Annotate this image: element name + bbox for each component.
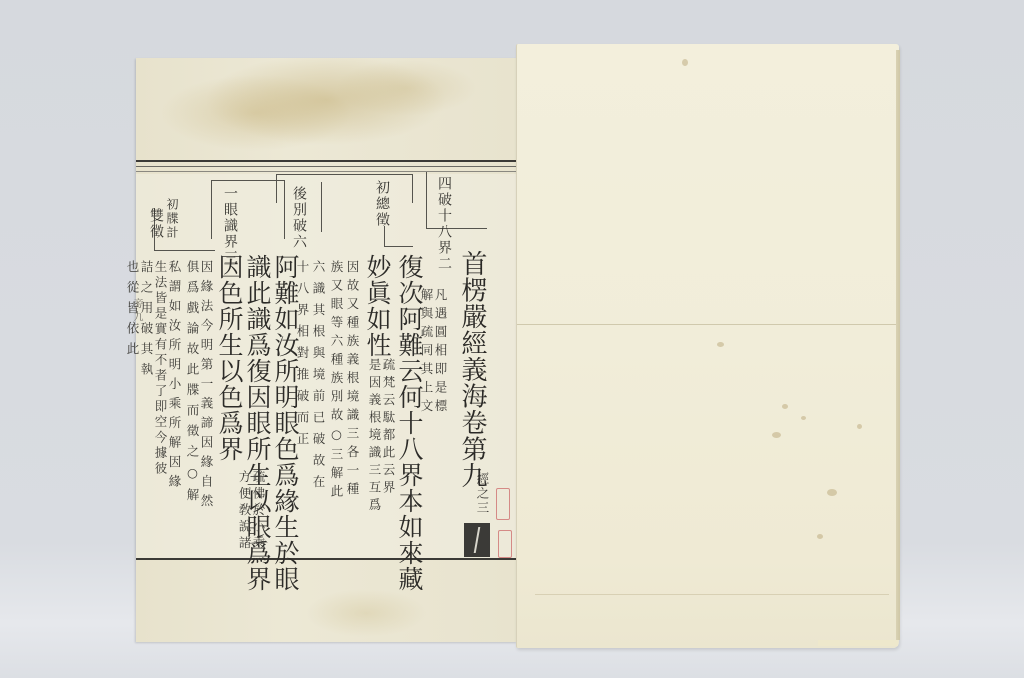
text-column: 是因義根境識三互爲 (368, 358, 381, 516)
black-seal-block (464, 523, 490, 557)
foxing-spot (717, 342, 724, 347)
frame-top-rule-inner (136, 166, 516, 167)
red-seal-stamp (498, 530, 512, 558)
text-column: 疏梵云駄都此云界 (382, 358, 395, 498)
text-column: 六識其根與境前已破故在 (312, 260, 325, 497)
diagram-node: 初總徵 (374, 180, 389, 228)
foxing-spot (682, 59, 688, 66)
text-column: 生法皆是實有不者了即空今據彼 (154, 260, 167, 477)
title-note: 凡遇圓相即是標 (434, 288, 447, 418)
foxing-spot (772, 432, 781, 438)
red-seal-stamp (496, 488, 510, 520)
foxing-spot (801, 416, 806, 420)
left-page: 四破十八界二 初總徵 後別破六 一眼識界三 初牒計 雙徵 首楞嚴經義海卷第九 經… (136, 58, 517, 642)
foxing-spot (827, 489, 837, 496)
right-page-blank (516, 44, 899, 648)
text-column: 因故又種族義根境識三各一種 (346, 260, 359, 501)
frame-top-rule (136, 160, 516, 162)
page-fold-line (517, 324, 899, 325)
underlying-sheet (818, 640, 898, 646)
text-column: 妙眞如性 (364, 254, 390, 358)
diagram-node: 一眼識界三 (222, 186, 237, 254)
diagram-bracket (384, 226, 413, 247)
margin-note: 旁九 (130, 298, 143, 324)
volume-title: 首楞嚴經義海卷第九 (458, 250, 485, 489)
text-column: 私謂如汝所明小乘所解因緣 (168, 260, 181, 494)
diagram-bracket (321, 182, 322, 232)
book-scan: 四破十八界二 初總徵 後別破六 一眼識界三 初牒計 雙徵 首楞嚴經義海卷第九 經… (0, 0, 1024, 678)
frame-bottom-rule (136, 558, 516, 560)
text-column: 因色所生以色爲界 (216, 254, 242, 462)
text-column: 阿難如汝所明眼色爲緣生於眼 (272, 254, 298, 592)
text-column: 疏佛於小乘 (252, 470, 265, 553)
diagram-node: 四破十八界二 (436, 176, 451, 236)
page-edge (896, 50, 900, 640)
volume-suffix: 經之三 (476, 472, 489, 516)
foxing-spot (817, 534, 823, 539)
text-column: 方便敎說諸 (238, 470, 251, 553)
text-column: 俱爲戲論故此牒而徵之○解 (186, 260, 199, 509)
text-column: 族又眼等六種族別故○三解此 (330, 260, 343, 503)
text-column: 復次阿難云何十八界本如來藏 (396, 254, 422, 592)
text-column: 因緣法今明第一義諦因緣自然 (200, 260, 213, 514)
foxing-spot (782, 404, 788, 409)
diagram-node: 後別破六 (291, 186, 306, 234)
diagram-node: 初牒計 (164, 198, 179, 240)
page-crease (535, 594, 889, 595)
diagram-node: 雙徵 (148, 208, 163, 240)
foxing-spot (857, 424, 862, 429)
